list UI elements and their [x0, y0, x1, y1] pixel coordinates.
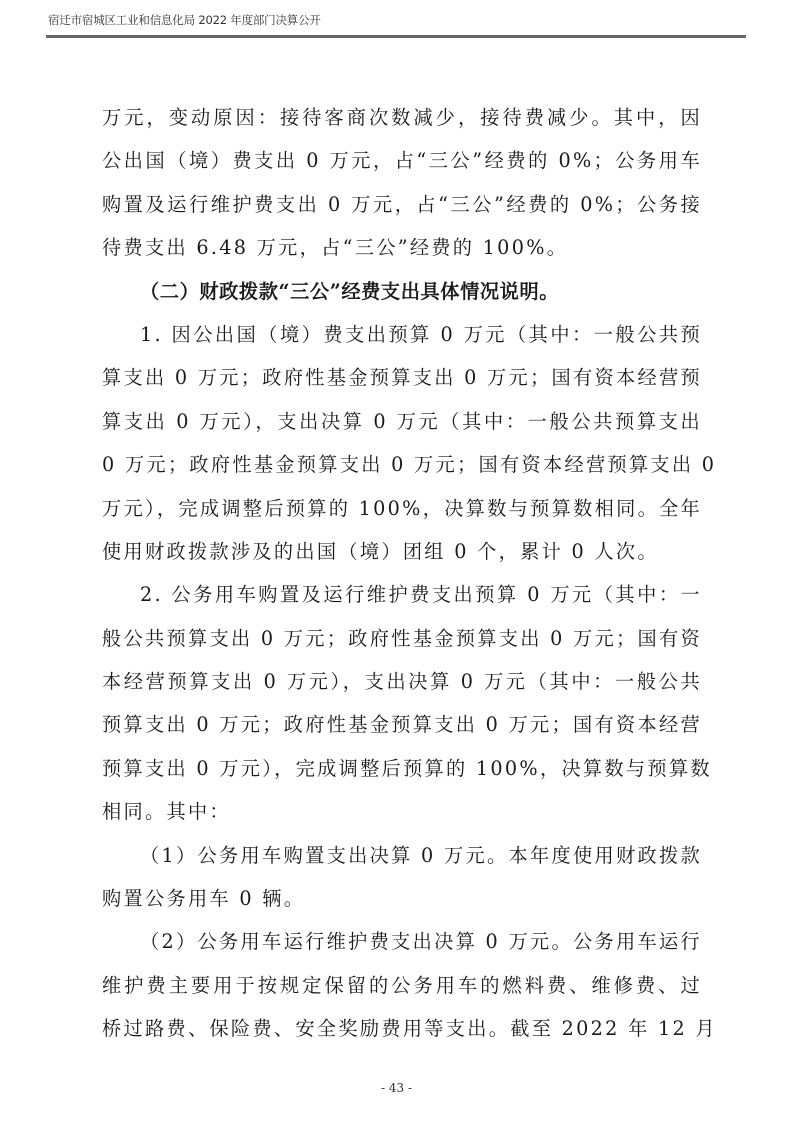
- text-line: 维护费主要用于按规定保留的公务用车的燃料费、维修费、过: [102, 964, 702, 1007]
- paragraph-item-2-2: （2）公务用车运行维护费支出决算 0 万元。公务用车运行 维护费主要用于按规定保…: [102, 920, 702, 1050]
- text-line: 1. 因公出国（境）费支出预算 0 万元（其中：一般公共预: [102, 313, 702, 356]
- text-line: 万元，变动原因：接待客商次数减少，接待费减少。其中，因: [102, 96, 702, 139]
- header-divider: [46, 35, 746, 38]
- paragraph-item-1: 1. 因公出国（境）费支出预算 0 万元（其中：一般公共预 算支出 0 万元；政…: [102, 313, 702, 573]
- section-heading: （二）财政拨款“三公”经费支出具体情况说明。: [102, 270, 702, 313]
- text-line: 桥过路费、保险费、安全奖励费用等支出。截至 2022 年 12 月: [102, 1007, 702, 1050]
- document-body: 万元，变动原因：接待客商次数减少，接待费减少。其中，因 公出国（境）费支出 0 …: [102, 96, 702, 1051]
- text-line: 般公共预算支出 0 万元；政府性基金预算支出 0 万元；国有资: [102, 617, 702, 660]
- text-line: 购置公务用车 0 辆。: [102, 877, 702, 920]
- text-line: 2. 公务用车购置及运行维护费支出预算 0 万元（其中：一: [102, 573, 702, 616]
- paragraph-item-2: 2. 公务用车购置及运行维护费支出预算 0 万元（其中：一 般公共预算支出 0 …: [102, 573, 702, 833]
- text-line: 万元），完成调整后预算的 100%，决算数与预算数相同。全年: [102, 487, 702, 530]
- heading-text: （二）财政拨款“三公”经费支出具体情况说明。: [102, 270, 702, 313]
- paragraph-item-2-1: （1）公务用车购置支出决算 0 万元。本年度使用财政拨款 购置公务用车 0 辆。: [102, 834, 702, 921]
- text-line: 本经营预算支出 0 万元），支出决算 0 万元（其中：一般公共: [102, 660, 702, 703]
- text-line: 算支出 0 万元），支出决算 0 万元（其中：一般公共预算支出: [102, 400, 702, 443]
- text-line: 预算支出 0 万元），完成调整后预算的 100%，决算数与预算数: [102, 747, 702, 790]
- paragraph-continuation: 万元，变动原因：接待客商次数减少，接待费减少。其中，因 公出国（境）费支出 0 …: [102, 96, 702, 270]
- page-header: 宿迁市宿城区工业和信息化局 2022 年度部门决算公开: [46, 8, 746, 30]
- text-line: 算支出 0 万元；政府性基金预算支出 0 万元；国有资本经营预: [102, 356, 702, 399]
- text-line: （1）公务用车购置支出决算 0 万元。本年度使用财政拨款: [102, 834, 702, 877]
- header-title: 宿迁市宿城区工业和信息化局 2022 年度部门决算公开: [48, 12, 321, 28]
- text-line: 0 万元；政府性基金预算支出 0 万元；国有资本经营预算支出 0: [102, 443, 702, 486]
- text-line: （2）公务用车运行维护费支出决算 0 万元。公务用车运行: [102, 920, 702, 963]
- text-line: 相同。其中：: [102, 790, 702, 833]
- text-line: 待费支出 6.48 万元，占“三公”经费的 100%。: [102, 226, 702, 269]
- text-line: 使用财政拨款涉及的出国（境）团组 0 个，累计 0 人次。: [102, 530, 702, 573]
- text-line: 购置及运行维护费支出 0 万元，占“三公”经费的 0%；公务接: [102, 183, 702, 226]
- text-line: 公出国（境）费支出 0 万元，占“三公”经费的 0%；公务用车: [102, 139, 702, 182]
- text-line: 预算支出 0 万元；政府性基金预算支出 0 万元；国有资本经营: [102, 703, 702, 746]
- page-number: - 43 -: [0, 1081, 793, 1095]
